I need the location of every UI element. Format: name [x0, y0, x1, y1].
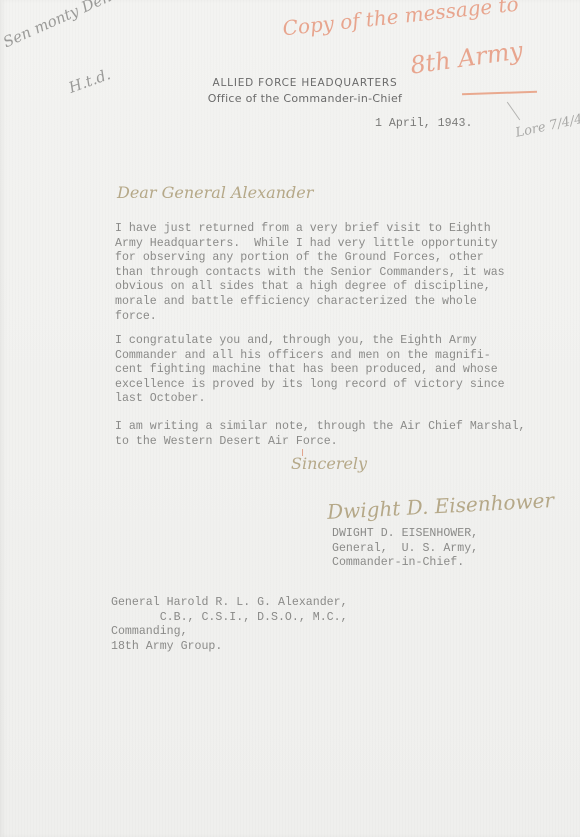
- letter-date: 1 April, 1943.: [375, 117, 472, 132]
- closing: Sincerely: [291, 454, 367, 473]
- salutation: Dear General Alexander: [117, 183, 313, 202]
- pencil-annotation-right-margin: Lore 7/4/43: [514, 110, 580, 141]
- body-paragraph-2: I congratulate you and, through you, the…: [115, 334, 505, 407]
- red-underline-mark: [462, 91, 537, 96]
- letter-page: Sen monty Den H.t.d. Copy of the message…: [0, 0, 580, 837]
- red-annotation-eighth-army: 8th Army: [409, 36, 525, 79]
- body-paragraph-1: I have just returned from a very brief v…: [115, 222, 505, 324]
- pencil-annotation-top-left: Sen monty Den: [0, 0, 114, 51]
- pencil-annotation-initials: H.t.d.: [66, 65, 113, 97]
- letterhead-organization: ALLIED FORCE HEADQUARTERS: [190, 76, 420, 91]
- pencil-arrow-mark: [507, 102, 520, 121]
- letterhead: ALLIED FORCE HEADQUARTERS Office of the …: [190, 76, 420, 106]
- letterhead-office: Office of the Commander-in-Chief: [190, 91, 420, 106]
- signature-block: DWIGHT D. EISENHOWER, General, U. S. Arm…: [332, 527, 478, 571]
- red-annotation-copy-note: Copy of the message to: [281, 0, 519, 40]
- body-paragraph-3: I am writing a similar note, through the…: [115, 420, 526, 449]
- handwritten-signature: Dwight D. Eisenhower: [327, 488, 555, 524]
- addressee-block: General Harold R. L. G. Alexander, C.B.,…: [111, 596, 348, 654]
